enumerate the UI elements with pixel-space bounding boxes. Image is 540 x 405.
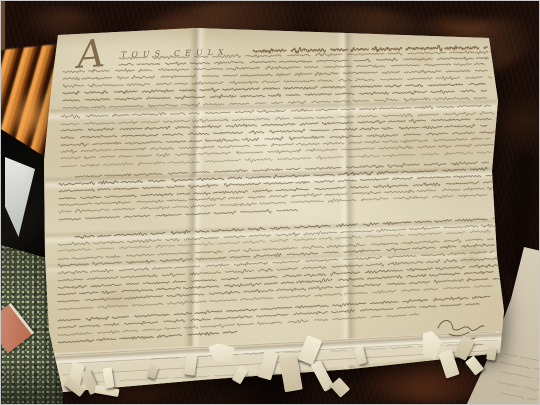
handwriting-line [61,118,496,131]
handwriting-line [61,124,490,138]
opening-words: tous ceulx [121,44,229,61]
handwriting-line [58,224,501,245]
handwriting-line [58,264,503,288]
handwriting-line [63,76,495,87]
handwriting-line [61,132,501,147]
opening-initial-letter: A [76,34,106,74]
handwriting-line [58,303,482,328]
handwriting-line [58,271,499,295]
handwriting-line [61,111,500,124]
handwriting-line [59,175,498,192]
handwriting-line [58,244,499,267]
handwriting-line [75,162,494,177]
handwriting-line [59,209,303,220]
handwriting-line [58,286,496,310]
handwriting-line [61,144,504,159]
plica-endorsement-writing [93,374,248,382]
handwriting-line [58,296,494,321]
photo-of-vellum-deed: A tous ceulx [0,0,540,405]
signature-flourish [438,321,484,340]
handwriting-line [58,230,497,252]
seal-tag [486,346,497,360]
handwriting-line [58,331,242,343]
